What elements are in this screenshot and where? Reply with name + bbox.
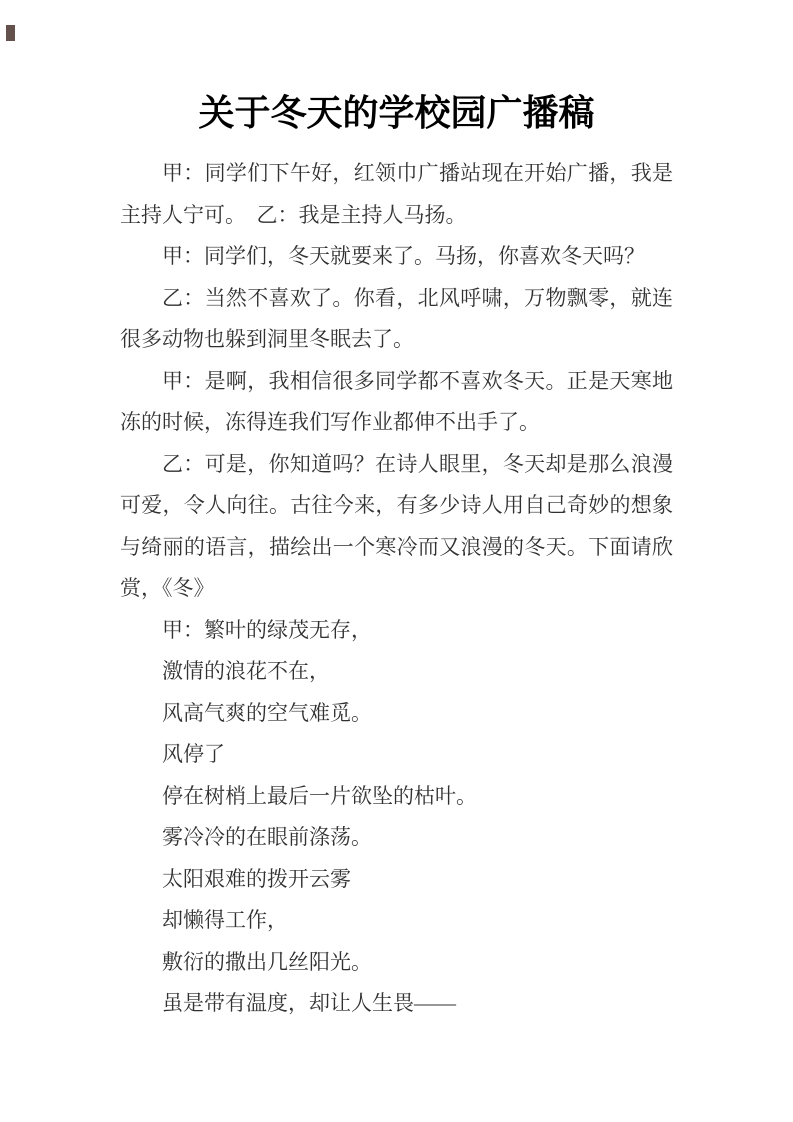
- text-line: 乙：当然不喜欢了。你看，北风呼啸，万物飘零，就连: [120, 278, 673, 320]
- text-line: 风高气爽的空气难觅。: [120, 693, 673, 735]
- text-line: 甲：繁叶的绿茂无存，: [120, 610, 673, 652]
- text-line: 停在树梢上最后一片欲坠的枯叶。: [120, 776, 673, 818]
- text-line: 甲：是啊，我相信很多同学都不喜欢冬天。正是天寒地: [120, 361, 673, 403]
- document-page: 关于冬天的学校园广播稿 甲：同学们下午好，红领巾广播站现在开始广播，我是主持人宁…: [0, 0, 793, 1122]
- text-line: 却懒得工作，: [120, 900, 673, 942]
- text-line: 很多动物也躲到洞里冬眠去了。: [120, 319, 673, 361]
- text-line: 虽是带有温度，却让人生畏——: [120, 983, 673, 1025]
- text-line: 雾冷冷的在眼前涤荡。: [120, 817, 673, 859]
- text-line: 甲：同学们，冬天就要来了。马扬，你喜欢冬天吗？: [120, 236, 673, 278]
- document-body: 甲：同学们下午好，红领巾广播站现在开始广播，我是主持人宁可。 乙：我是主持人马扬…: [120, 153, 673, 1025]
- text-line: 主持人宁可。 乙：我是主持人马扬。: [120, 195, 673, 237]
- scan-artifact-mark: [6, 25, 15, 41]
- text-line: 与绮丽的语言，描绘出一个寒冷而又浪漫的冬天。下面请欣: [120, 527, 673, 569]
- text-line: 甲：同学们下午好，红领巾广播站现在开始广播，我是: [120, 153, 673, 195]
- text-line: 太阳艰难的拨开云雾: [120, 859, 673, 901]
- text-line: 可爱，令人向往。古往今来，有多少诗人用自己奇妙的想象: [120, 485, 673, 527]
- text-line: 激情的浪花不在，: [120, 651, 673, 693]
- text-line: 冻的时候，冻得连我们写作业都伸不出手了。: [120, 402, 673, 444]
- text-line: 敷衍的撒出几丝阳光。: [120, 942, 673, 984]
- text-line: 风停了: [120, 734, 673, 776]
- text-line: 乙：可是，你知道吗？在诗人眼里，冬天却是那么浪漫: [120, 444, 673, 486]
- document-title: 关于冬天的学校园广播稿: [0, 88, 793, 138]
- text-line: 赏，《冬》: [120, 568, 673, 610]
